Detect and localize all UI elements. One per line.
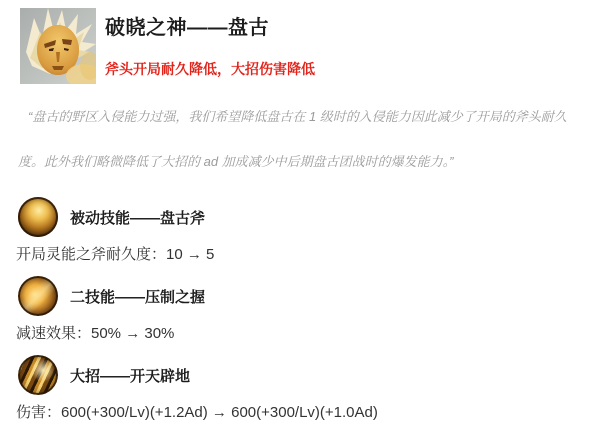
hero-change-summary: 斧头开局耐久降低，大招伤害降低 bbox=[105, 60, 590, 78]
skill-header: 大招——开天辟地 bbox=[0, 355, 590, 395]
skill-title: 二技能——压制之握 bbox=[70, 286, 205, 307]
skill-stat-change: 伤害：600(+300/Lv)(+1.2Ad) → 600(+300/Lv)(+… bbox=[16, 405, 590, 421]
designer-note: “盘古的野区入侵能力过强，我们希望降低盘古在 1 级时的入侵能力因此减少了开局的… bbox=[18, 94, 570, 184]
skill-title: 被动技能——盘古斧 bbox=[70, 207, 205, 228]
patch-notes-page: 破晓之神——盘古 斧头开局耐久降低，大招伤害降低 “盘古的野区入侵能力过强，我们… bbox=[0, 0, 590, 426]
pangu-passive-axe-icon bbox=[18, 197, 58, 237]
skill-header: 被动技能——盘古斧 bbox=[0, 197, 590, 237]
hero-header: 破晓之神——盘古 斧头开局耐久降低，大招伤害降低 bbox=[0, 0, 590, 88]
skill-section-two: 二技能——压制之握 减速效果：50% → 30% bbox=[0, 276, 590, 342]
skill-section-passive: 被动技能——盘古斧 开局灵能之斧耐久度：10 → 5 bbox=[0, 197, 590, 263]
hero-avatar bbox=[20, 8, 96, 84]
pangu-skill2-grip-icon bbox=[18, 276, 58, 316]
skill-header: 二技能——压制之握 bbox=[0, 276, 590, 316]
skill-section-ultimate: 大招——开天辟地 伤害：600(+300/Lv)(+1.2Ad) → 600(+… bbox=[0, 355, 590, 421]
skill-title: 大招——开天辟地 bbox=[70, 365, 190, 386]
skill-stat-change: 减速效果：50% → 30% bbox=[16, 326, 590, 342]
hero-title: 破晓之神——盘古 bbox=[105, 0, 590, 40]
pangu-ultimate-icon bbox=[18, 355, 58, 395]
skill-stat-change: 开局灵能之斧耐久度：10 → 5 bbox=[16, 247, 590, 263]
